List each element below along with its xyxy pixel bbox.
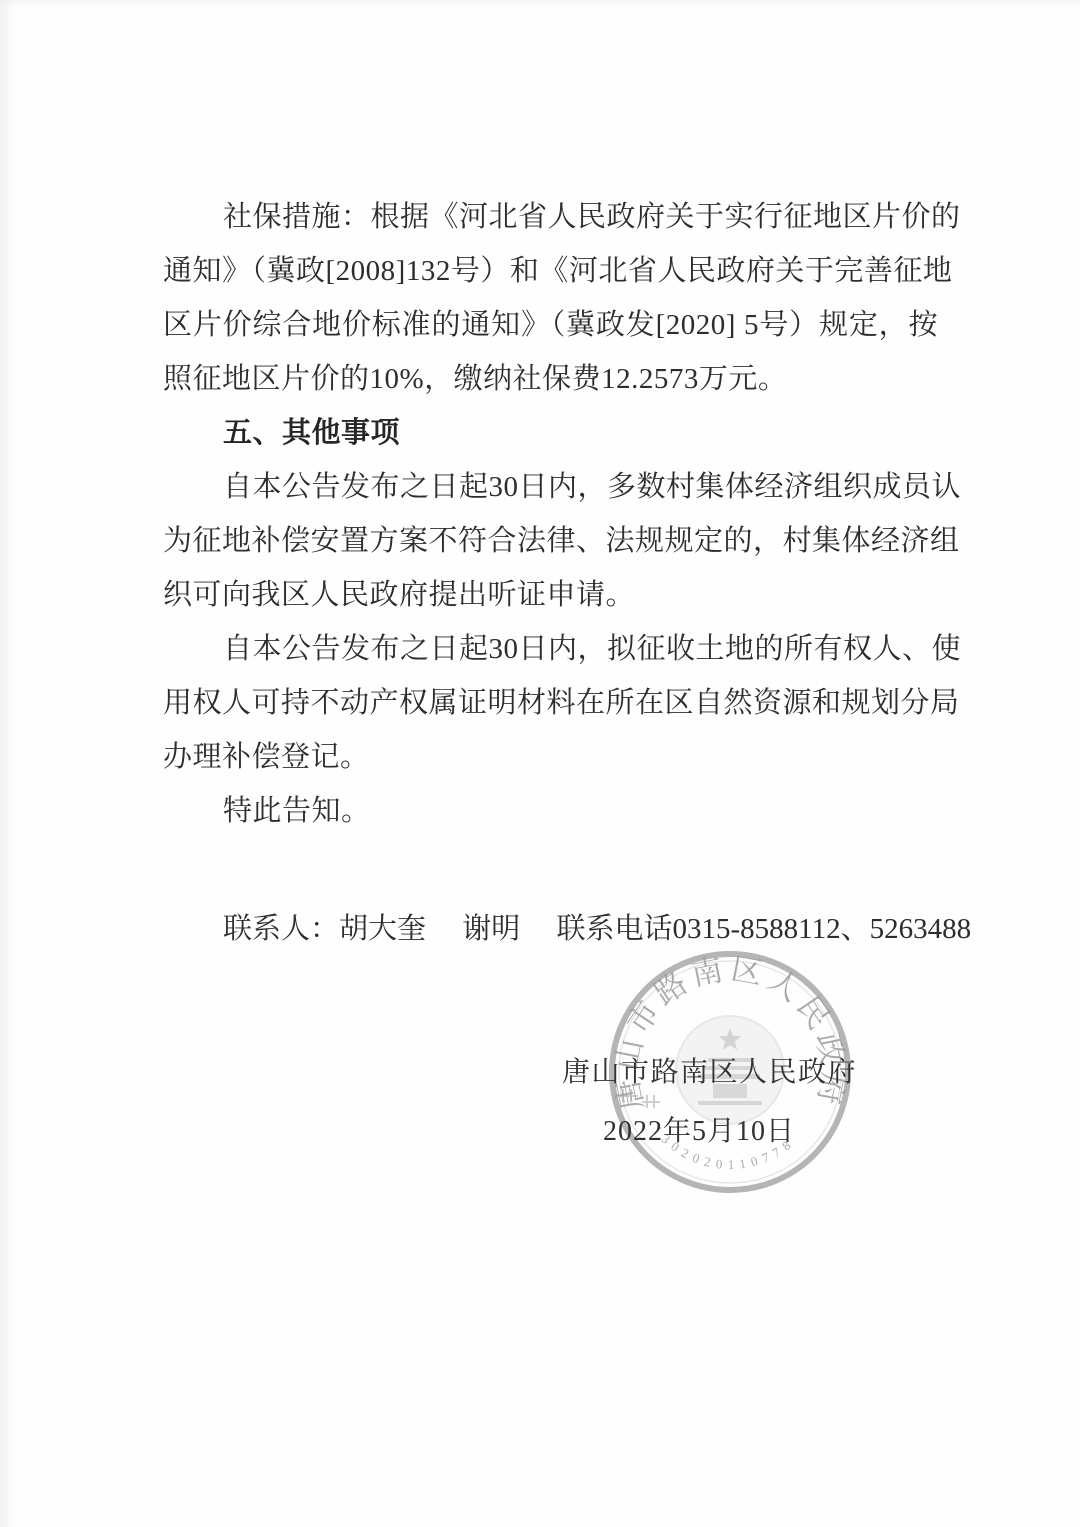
document-page: 社保措施：根据《河北省人民政府关于实行征地区片价的 通知》（冀政[2008]13… — [0, 0, 1080, 1527]
body-line-1: 社保措施：根据《河北省人民政府关于实行征地区片价的 — [163, 190, 938, 244]
body-text: 社保措施：根据《河北省人民政府关于实行征地区片价的 通知》（冀政[2008]13… — [163, 190, 938, 956]
body-line-10: 用权人可持不动产权属证明材料在所在区自然资源和规划分局 — [163, 676, 938, 730]
body-line-3: 区片价综合地价标准的通知》（冀政发[2020] 5号）规定，按 — [163, 298, 938, 352]
body-line-7: 为征地补偿安置方案不符合法律、法规规定的，村集体经济组 — [163, 514, 938, 568]
paragraph-gap — [163, 838, 938, 902]
issuer-name: 唐山市路南区人民政府 — [562, 1050, 857, 1090]
body-line-8: 织可向我区人民政府提出听证申请。 — [163, 568, 938, 622]
scan-edge-shadow-left — [0, 0, 14, 1527]
body-line-11: 办理补偿登记。 — [163, 730, 938, 784]
body-line-6: 自本公告发布之日起30日内，多数村集体经济组织成员认 — [163, 460, 938, 514]
contact-line: 联系人：胡大奎 谢明 联系电话0315-8588112、5263488 — [163, 902, 938, 956]
issue-date: 2022年5月10日 — [603, 1109, 795, 1149]
body-line-4: 照征地区片价的10%，缴纳社保费12.2573万元。 — [163, 352, 938, 406]
body-line-2: 通知》（冀政[2008]132号）和《河北省人民政府关于完善征地 — [163, 244, 938, 298]
scan-edge-shadow-top — [0, 0, 1080, 8]
body-line-9: 自本公告发布之日起30日内，拟征收土地的所有权人、使 — [163, 622, 938, 676]
body-line-12: 特此告知。 — [163, 784, 938, 838]
section-heading: 五、其他事项 — [163, 406, 938, 460]
